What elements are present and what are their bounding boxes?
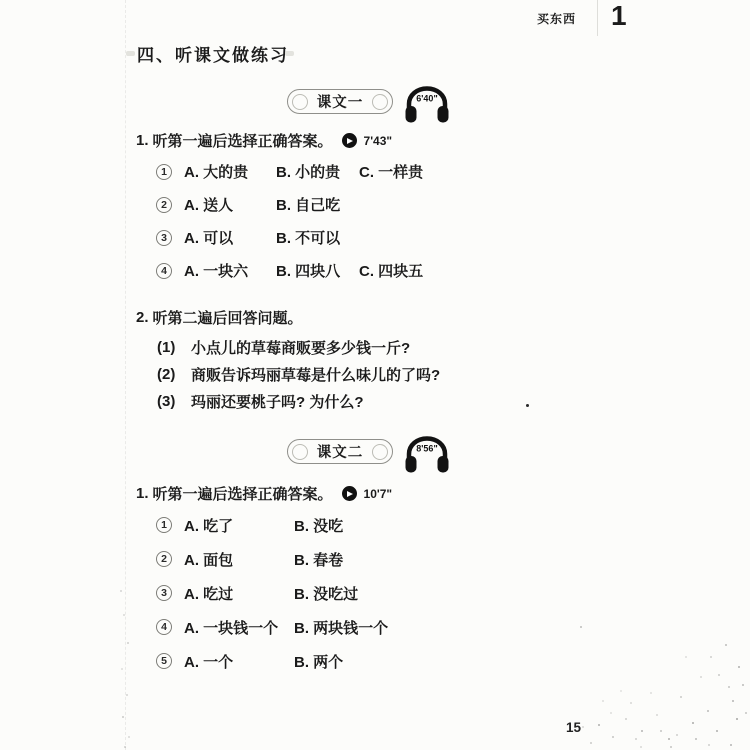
lesson1-duration: 6'40" [416, 94, 437, 104]
lesson1-header: 课文一 6'40" [287, 80, 450, 126]
lesson2-banner: 课文二 [287, 439, 393, 464]
subquestion-label: (1) [157, 339, 191, 356]
play-icon [342, 133, 357, 148]
option-a: A. 大的贵 [184, 161, 276, 182]
option-row: 5 A. 一个 B. 两个 [156, 644, 388, 678]
scan-smudge [126, 51, 135, 56]
lesson1-question1: 1. 听第一遍后选择正确答案。 7'43" [136, 130, 392, 151]
headphones-icon: 8'56" [404, 430, 450, 476]
option-a: A. 吃了 [184, 515, 294, 536]
play-icon [342, 486, 357, 501]
question-number: 1. [136, 132, 149, 149]
lesson2-question1: 1. 听第一遍后选择正确答案。 10'7" [136, 483, 392, 504]
option-a: A. 吃过 [184, 583, 294, 604]
option-b: B. 自己吃 [276, 194, 359, 215]
banner-end-circle [372, 444, 388, 460]
workbook-page: 买东西 1 四、听课文做练习 课文一 6'40" 1. 听第一遍后选择正确答案。… [0, 0, 750, 750]
scan-smudge [285, 51, 294, 56]
option-b: B. 两块钱一个 [294, 617, 388, 638]
option-number: 4 [156, 619, 172, 635]
option-c: C. 一样贵 [359, 161, 423, 182]
option-row: 1 A. 大的贵 B. 小的贵 C. 一样贵 [156, 155, 423, 188]
option-a: A. 面包 [184, 549, 294, 570]
subquestion-text: 玛丽还要桃子吗? 为什么? [191, 391, 440, 412]
lesson1-banner: 课文一 [287, 89, 393, 114]
option-row: 1 A. 吃了 B. 没吃 [156, 508, 388, 542]
option-number: 2 [156, 197, 172, 213]
option-row: 3 A. 吃过 B. 没吃过 [156, 576, 388, 610]
header-divider [597, 0, 598, 36]
option-a: A. 一个 [184, 651, 294, 672]
section-title: 四、听课文做练习 [137, 41, 289, 66]
lesson2-duration: 8'56" [416, 444, 437, 454]
subquestion-label: (3) [157, 393, 191, 410]
question-number: 1. [136, 485, 149, 502]
question-number: 2. [136, 309, 149, 326]
question-text: 听第一遍后选择正确答案。 [153, 130, 333, 151]
option-b: B. 没吃 [294, 515, 388, 536]
option-row: 3 A. 可以 B. 不可以 [156, 221, 423, 254]
option-number: 1 [156, 164, 172, 180]
subquestion-text: 小点儿的草莓商贩要多少钱一斤? [191, 337, 440, 358]
lesson2-banner-label: 课文二 [317, 441, 364, 462]
lesson2-header: 课文二 8'56" [287, 430, 450, 476]
subquestion: (2) 商贩告诉玛丽草莓是什么味儿的了吗? [157, 361, 440, 388]
option-a: A. 一块钱一个 [184, 617, 294, 638]
lesson1-options: 1 A. 大的贵 B. 小的贵 C. 一样贵 2 A. 送人 B. 自己吃 3 … [156, 155, 423, 287]
banner-end-circle [292, 94, 308, 110]
chapter-number: 1 [611, 0, 627, 32]
option-number: 1 [156, 517, 172, 533]
option-b: B. 两个 [294, 651, 388, 672]
running-head-title: 买东西 [537, 10, 576, 27]
scan-noise [540, 620, 750, 750]
option-b: B. 没吃过 [294, 583, 388, 604]
option-number: 3 [156, 230, 172, 246]
option-b: B. 春卷 [294, 549, 388, 570]
option-b: B. 四块八 [276, 260, 359, 281]
option-b: B. 不可以 [276, 227, 359, 248]
option-number: 2 [156, 551, 172, 567]
scan-dot-artifact [526, 404, 529, 407]
banner-end-circle [372, 94, 388, 110]
option-row: 2 A. 面包 B. 春卷 [156, 542, 388, 576]
option-a: A. 一块六 [184, 260, 276, 281]
option-number: 3 [156, 585, 172, 601]
lesson1-subquestions: (1) 小点儿的草莓商贩要多少钱一斤? (2) 商贩告诉玛丽草莓是什么味儿的了吗… [157, 334, 440, 415]
scan-noise [116, 590, 136, 750]
banner-end-circle [292, 444, 308, 460]
option-b: B. 小的贵 [276, 161, 359, 182]
option-row: 4 A. 一块钱一个 B. 两块钱一个 [156, 610, 388, 644]
lesson2-options: 1 A. 吃了 B. 没吃 2 A. 面包 B. 春卷 3 A. 吃过 B. 没… [156, 508, 388, 678]
subquestion-text: 商贩告诉玛丽草莓是什么味儿的了吗? [191, 364, 440, 385]
subquestion-label: (2) [157, 366, 191, 383]
option-number: 5 [156, 653, 172, 669]
option-c: C. 四块五 [359, 260, 423, 281]
headphones-icon: 6'40" [404, 80, 450, 126]
question-text: 听第二遍后回答问题。 [153, 307, 303, 328]
option-a: A. 可以 [184, 227, 276, 248]
lesson1-banner-label: 课文一 [317, 91, 364, 112]
audio-timestamp: 10'7" [364, 487, 393, 501]
option-row: 4 A. 一块六 B. 四块八 C. 四块五 [156, 254, 423, 287]
lesson1-question2: 2. 听第二遍后回答问题。 [136, 307, 303, 328]
question-text: 听第一遍后选择正确答案。 [153, 483, 333, 504]
subquestion: (3) 玛丽还要桃子吗? 为什么? [157, 388, 440, 415]
audio-timestamp: 7'43" [364, 134, 393, 148]
option-number: 4 [156, 263, 172, 279]
subquestion: (1) 小点儿的草莓商贩要多少钱一斤? [157, 334, 440, 361]
option-a: A. 送人 [184, 194, 276, 215]
option-row: 2 A. 送人 B. 自己吃 [156, 188, 423, 221]
